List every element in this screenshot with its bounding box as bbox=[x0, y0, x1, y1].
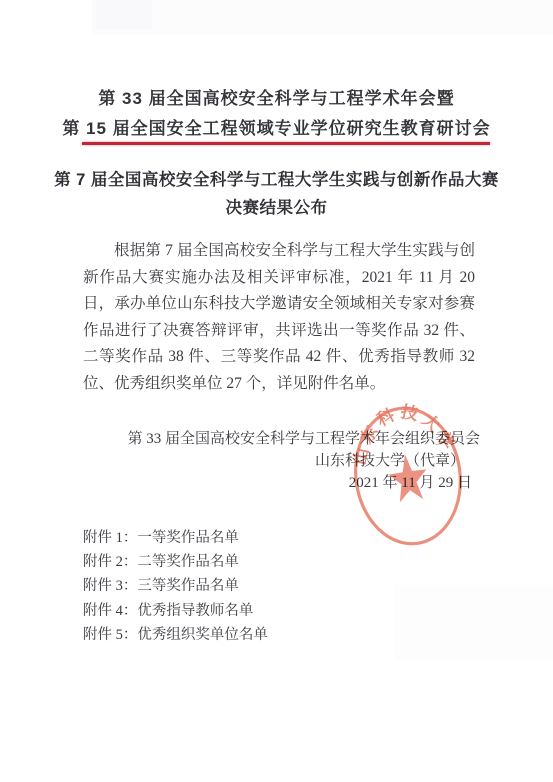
document-title-line2: 决赛结果公布 bbox=[0, 194, 553, 218]
attachment-item: 附件 3：三等奖作品名单 bbox=[83, 574, 268, 598]
attachment-item: 附件 2：二等奖作品名单 bbox=[83, 550, 268, 574]
attachment-item: 附件 5：优秀组织奖单位名单 bbox=[83, 623, 268, 647]
document-title-line1: 第 7 届全国高校安全科学与工程大学生实践与创新作品大赛 bbox=[0, 166, 553, 190]
attachment-item: 附件 4：优秀指导教师名单 bbox=[83, 599, 268, 623]
conference-header-line1: 第 33 届全国高校安全科学与工程学术年会暨 bbox=[0, 84, 553, 109]
attachment-list: 附件 1：一等奖作品名单 附件 2：二等奖作品名单 附件 3：三等奖作品名单 附… bbox=[83, 526, 268, 647]
scan-artifact bbox=[92, 0, 553, 34]
conference-header-line2: 第 15 届全国安全工程领域专业学位研究生教育研讨会 bbox=[0, 114, 553, 139]
star-icon bbox=[386, 452, 430, 504]
document-page: 第 33 届全国高校安全科学与工程学术年会暨 第 15 届全国安全工程领域专业学… bbox=[0, 0, 553, 782]
scan-artifact bbox=[395, 585, 553, 660]
announcement-paragraph: 根据第 7 届全国高校安全科学与工程大学生实践与创新作品大赛实施办法及相关评审标… bbox=[83, 238, 475, 397]
red-divider-rule bbox=[82, 142, 490, 145]
official-seal: 山东科技大学 bbox=[342, 395, 474, 557]
attachment-item: 附件 1：一等奖作品名单 bbox=[83, 526, 268, 550]
scan-artifact bbox=[96, 0, 152, 30]
